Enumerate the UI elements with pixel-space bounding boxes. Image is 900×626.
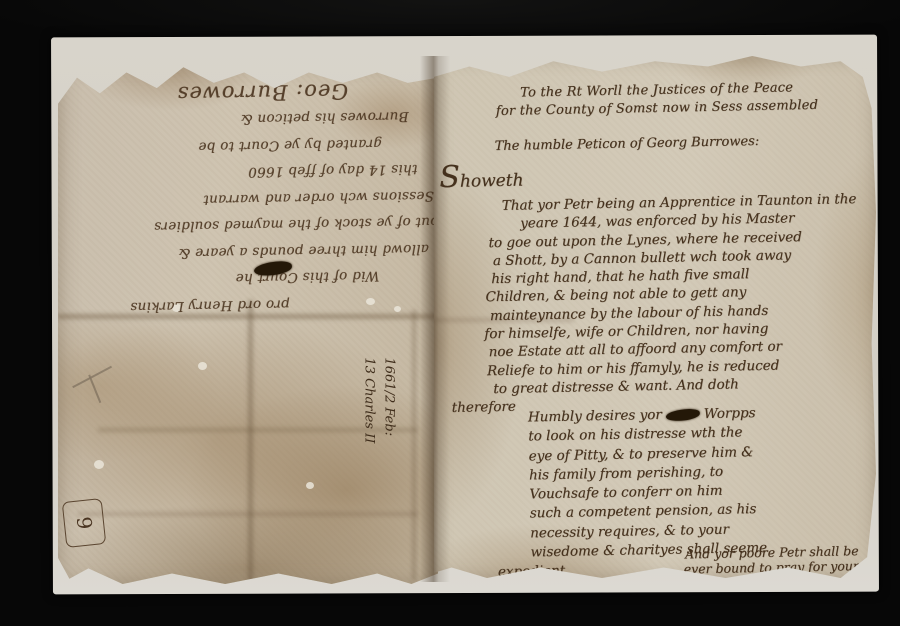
folio-number: 9	[71, 515, 96, 530]
petition-body: That yor Petr being an Apprentice in Tau…	[482, 190, 874, 417]
endorsement-block-rotated-180: pro ord Henry Larkins Wid of this Court …	[58, 67, 440, 322]
prayer-line-pre: Humbly desires yor	[528, 407, 662, 426]
petition-text: To the Rt Worll the Justices of the Peac…	[429, 52, 881, 582]
pencil-mark	[70, 358, 116, 414]
endorsement-line: Wid of this Court he	[61, 263, 379, 295]
showeth-label: Showeth	[439, 159, 524, 196]
archival-date-note: 1661/2 Feb: 13 Charles II	[355, 358, 399, 483]
endorsement-line: granted by ye Court to be	[59, 130, 382, 162]
gutter-shadow	[420, 56, 450, 582]
manuscript-photograph: pro ord Henry Larkins Wid of this Court …	[0, 0, 900, 626]
petition-title: The humble Peticon of Georg Burrowes:	[495, 133, 795, 154]
prayer-line-post: Worpps	[704, 405, 756, 422]
endorsement-line: pro ord Henry Larkins	[62, 291, 290, 321]
archival-date-line: 1661/2 Feb:	[379, 358, 399, 483]
paper-fleck	[94, 460, 104, 469]
right-page: To the Rt Worll the Justices of the Peac…	[434, 56, 876, 578]
archival-regnal-line: 13 Charles II	[359, 358, 379, 483]
left-page: pro ord Henry Larkins Wid of this Court …	[58, 62, 438, 584]
fold-crease	[412, 310, 416, 580]
petition-heading: To the Rt Worll the Justices of the Peac…	[482, 79, 833, 121]
paper-fleck	[198, 362, 207, 370]
paper-fleck	[306, 482, 314, 489]
fold-crease	[248, 300, 253, 582]
deleted-word-blot	[665, 408, 700, 422]
folio-number-box: 9	[62, 498, 107, 548]
